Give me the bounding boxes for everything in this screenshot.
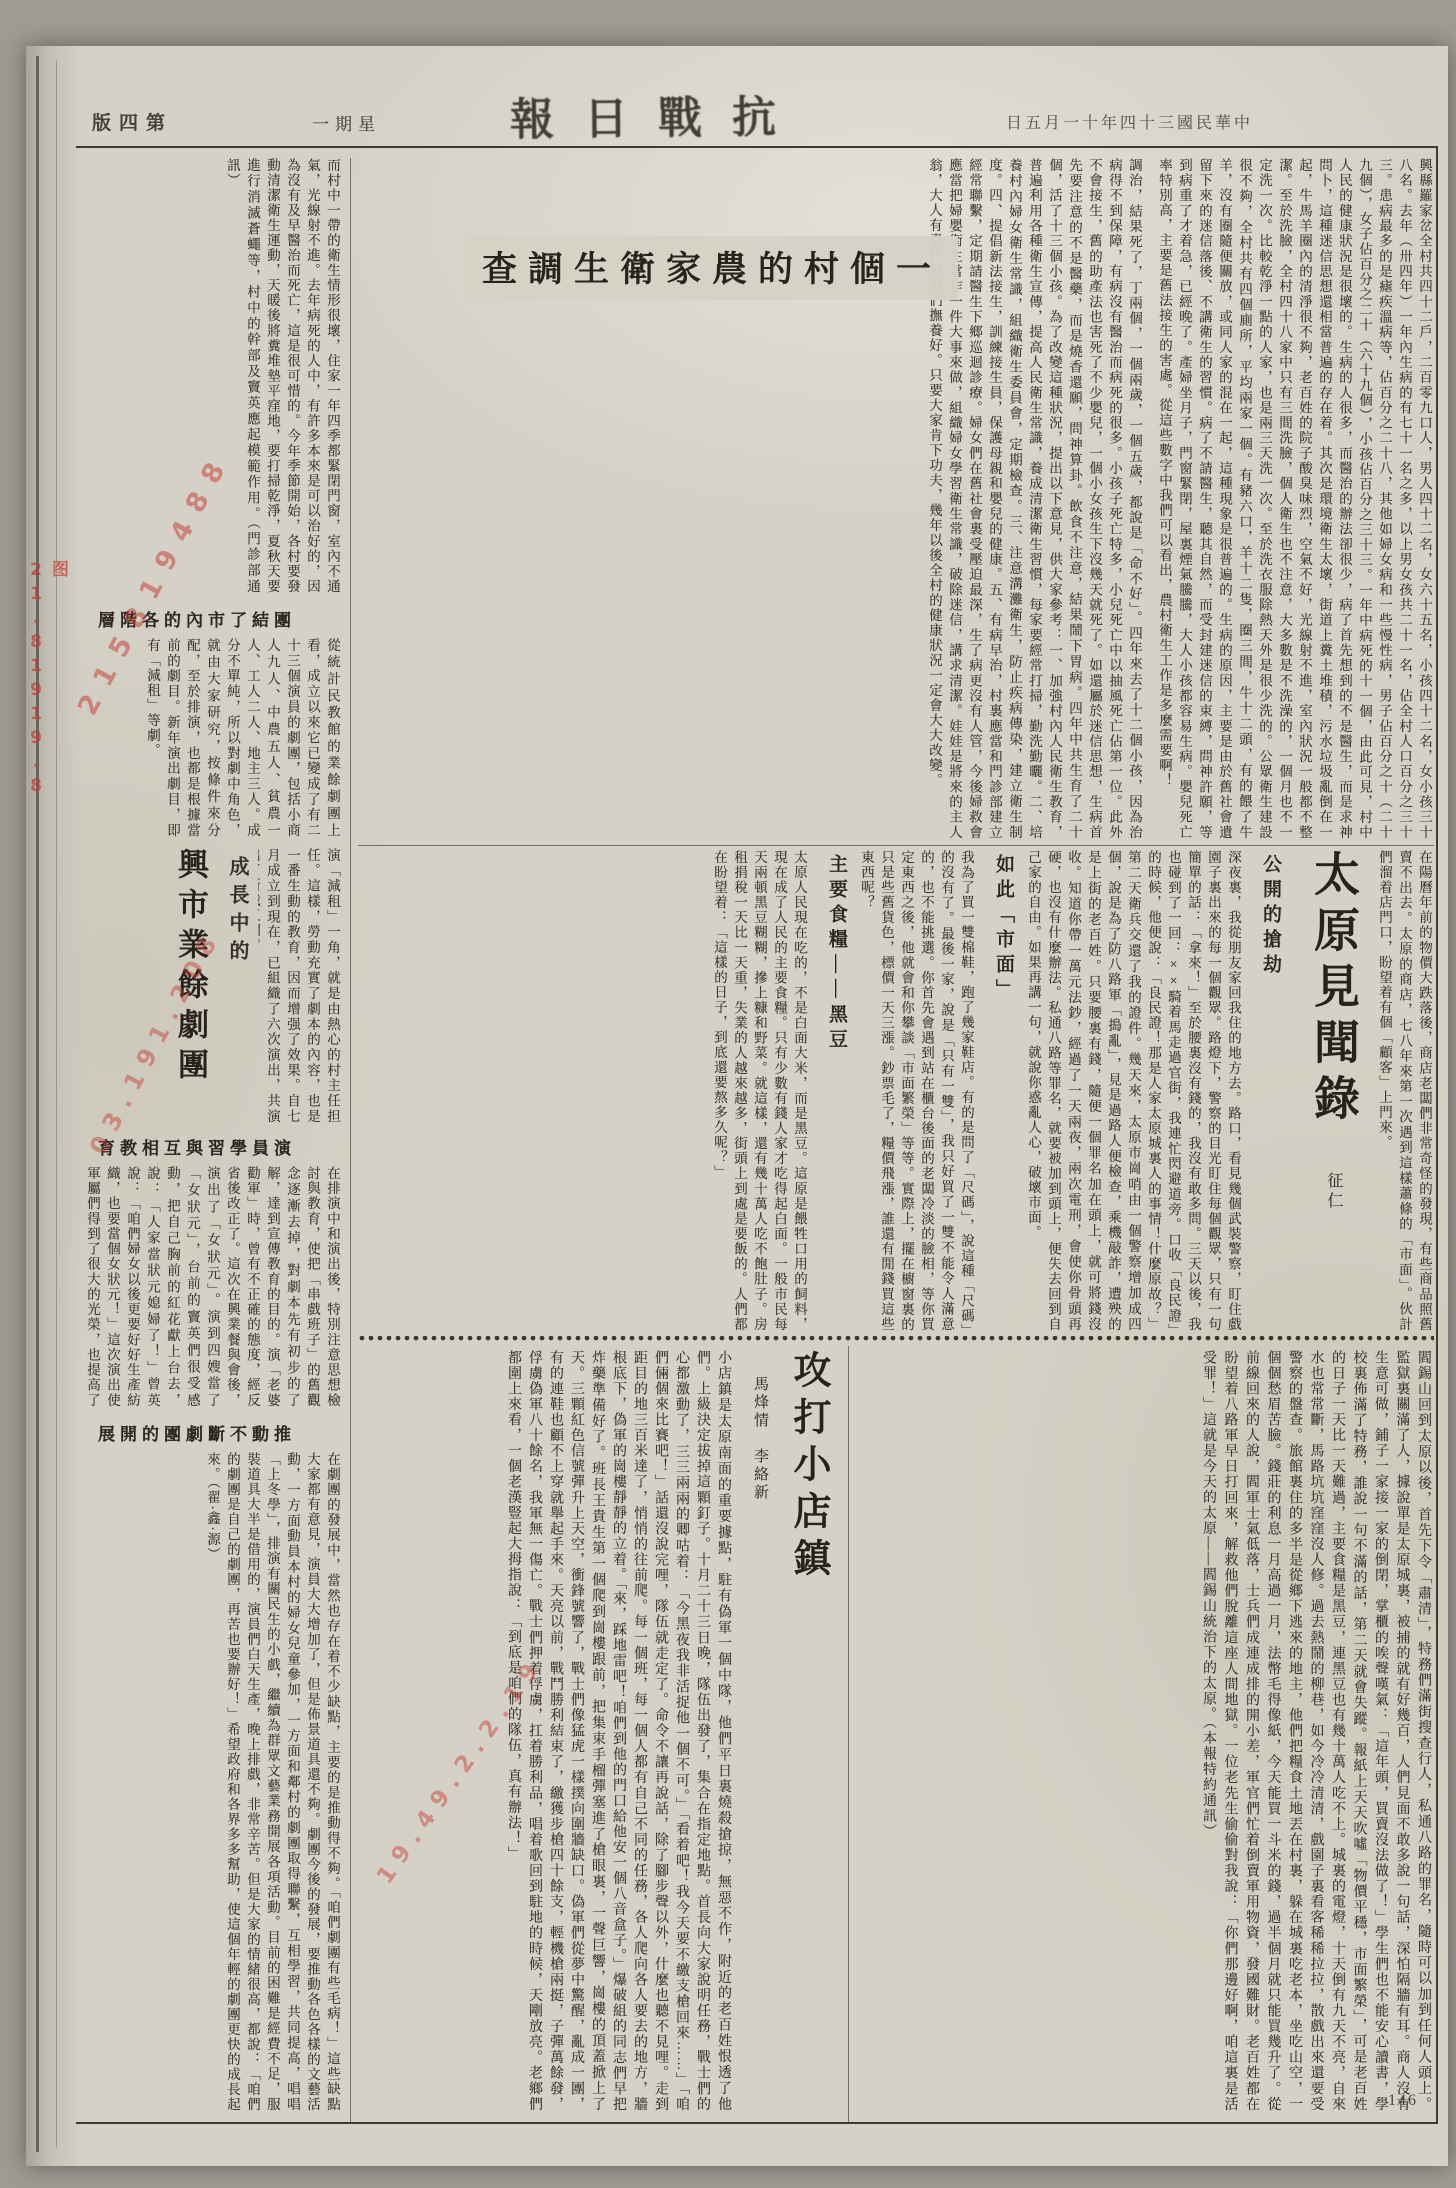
newspaper-scan: { "page": { "edition_display": "版四第", "w… — [0, 0, 1456, 2188]
scan-fold-shadow — [26, 46, 84, 2166]
article-troupe-side-column: 演「減租」一角，就是由熱心的村主任担任。這樣，勞動充實了劇本的內容，也是一番生動… — [258, 848, 342, 1124]
troupe-subhead-actor-education: 育教相互與習學員演 — [98, 1134, 296, 1159]
xiaodian-body: 小店鎮是太原南面的重要據點，駐有偽軍一個中隊，他們平日裏燒殺搶掠，無惡不作，附近… — [503, 1350, 734, 2112]
article-troupe-body2: 在排演中和演出後，特別注意思想檢討與教育，使把「串戲班子」的舊觀念逐漸去掉，對劇… — [84, 1166, 342, 1408]
taiyuan-subhead-open-robbery: 公開的搶劫 — [1257, 850, 1284, 1332]
scan-fold-line-2 — [56, 60, 57, 2148]
taiyuan-headline-block: 太原見聞錄 征仁 — [1300, 850, 1366, 1332]
scan-fold-line — [36, 56, 39, 2152]
troupe-title: 興市業餘劇團 — [168, 848, 213, 1124]
masthead-title: 報日戰抗 — [478, 80, 839, 148]
article-troupe-headline: 成長中的 興市業餘劇團 — [92, 848, 252, 1124]
xiaodian-byline: 馬烽情 李絡新 — [750, 1350, 771, 2112]
article-hygiene-tail: 而村中一帶的衛生情形很壞，住家一年四季都緊閉門窗，室內不通氣，光線射不進。去年病… — [84, 158, 342, 594]
xiaodian-title: 攻打小店鎮 — [781, 1350, 836, 2112]
article-troupe-body3: 在劇團的發展中，當然也存在着不少缺點，主要的是推動得不夠。「咱們劇團有些毛病！」… — [84, 1452, 342, 2112]
wavy-divider — [358, 1336, 1434, 1341]
article-taiyuan-jianwenlu: 在陽曆年前的物價大跌落後，商店老闆們非常奇怪的發現，有些商品照舊賣不出去。太原的… — [358, 850, 1434, 1332]
taiyuan-body3: 太原人民現在吃的，不是白面大米，而是黑豆。這原是餵牲口用的飼料，現在成了人民的主… — [709, 850, 809, 1332]
taiyuan-subhead-market: 如此「市面」 — [990, 850, 1017, 1332]
article-hygiene-headline: 查調生衛家農的村個一 — [466, 236, 958, 300]
article-xiaodian-attack: 攻打小店鎮 馬烽情 李絡新 小店鎮是太原南面的重要據點，駐有偽軍一個中隊，他們平… — [358, 1350, 836, 2112]
taiyuan-lead: 在陽曆年前的物價大跌落後，商店老闆們非常奇怪的發現，有些商品照舊賣不出去。太原的… — [1374, 850, 1434, 1332]
right-rule — [1436, 146, 1438, 2124]
article-troupe-intro: 從統計民教館的業餘劇團上看，成立以來它已變成了有二十三個演員的劇團，包括小商人九… — [84, 638, 342, 838]
article1-bottom-divider — [358, 845, 1434, 846]
weekday-label: 一期星 — [312, 110, 381, 135]
top-rule — [76, 146, 1438, 148]
taiyuan-body2: 我為了買一雙棉鞋，跑了幾家鞋店。有的是問了「尺碼」，說這種「尺碼」的沒有了。最後… — [856, 850, 976, 1332]
bottom-rule — [76, 2122, 1438, 2124]
edition-label: 版四第 — [92, 108, 173, 135]
troupe-subhead-unite-classes: 層階各的內市了結團 — [98, 606, 296, 631]
taiyuan-title: 太原見聞錄 — [1308, 850, 1359, 1130]
page-number: 146 — [1388, 2092, 1418, 2110]
troupe-subhead-promotion: 展開的團劇斷不動推 — [98, 1420, 296, 1445]
taiyuan-subhead-black-beans: 主要食糧——黑豆 — [823, 850, 850, 1332]
article-hygiene-lead: 興縣羅家岔全村共四十二戶，二百零九口人，男人四十二名，女六十五名，小孩四十二名，… — [1154, 158, 1434, 840]
troupe-kicker: 成長中的 — [223, 848, 252, 1124]
left-column-divider — [350, 158, 351, 2122]
article-taiyuan-continuation: 閻錫山回到太原以後，首先下令「肅清」，特務們滿街搜查行人，私通八路的罪名，隨時可… — [858, 1350, 1434, 2112]
taiyuan-body1: 深夜裏，我從朋友家回我住的地方去。路口，看見幾個武裝警察，盯住戲園子裏出來的每一… — [1023, 850, 1243, 1332]
date-line: 日五月一十年四十三國民華中 — [1006, 110, 1253, 133]
newspaper-page: 版四第 一期星 報日戰抗 日五月一十年四十三國民華中 興縣羅家岔全村共四十二戶，… — [26, 46, 1448, 2166]
taiyuan-author: 征仁 — [1325, 1172, 1342, 1212]
bottom-column-divider — [848, 1346, 849, 2122]
